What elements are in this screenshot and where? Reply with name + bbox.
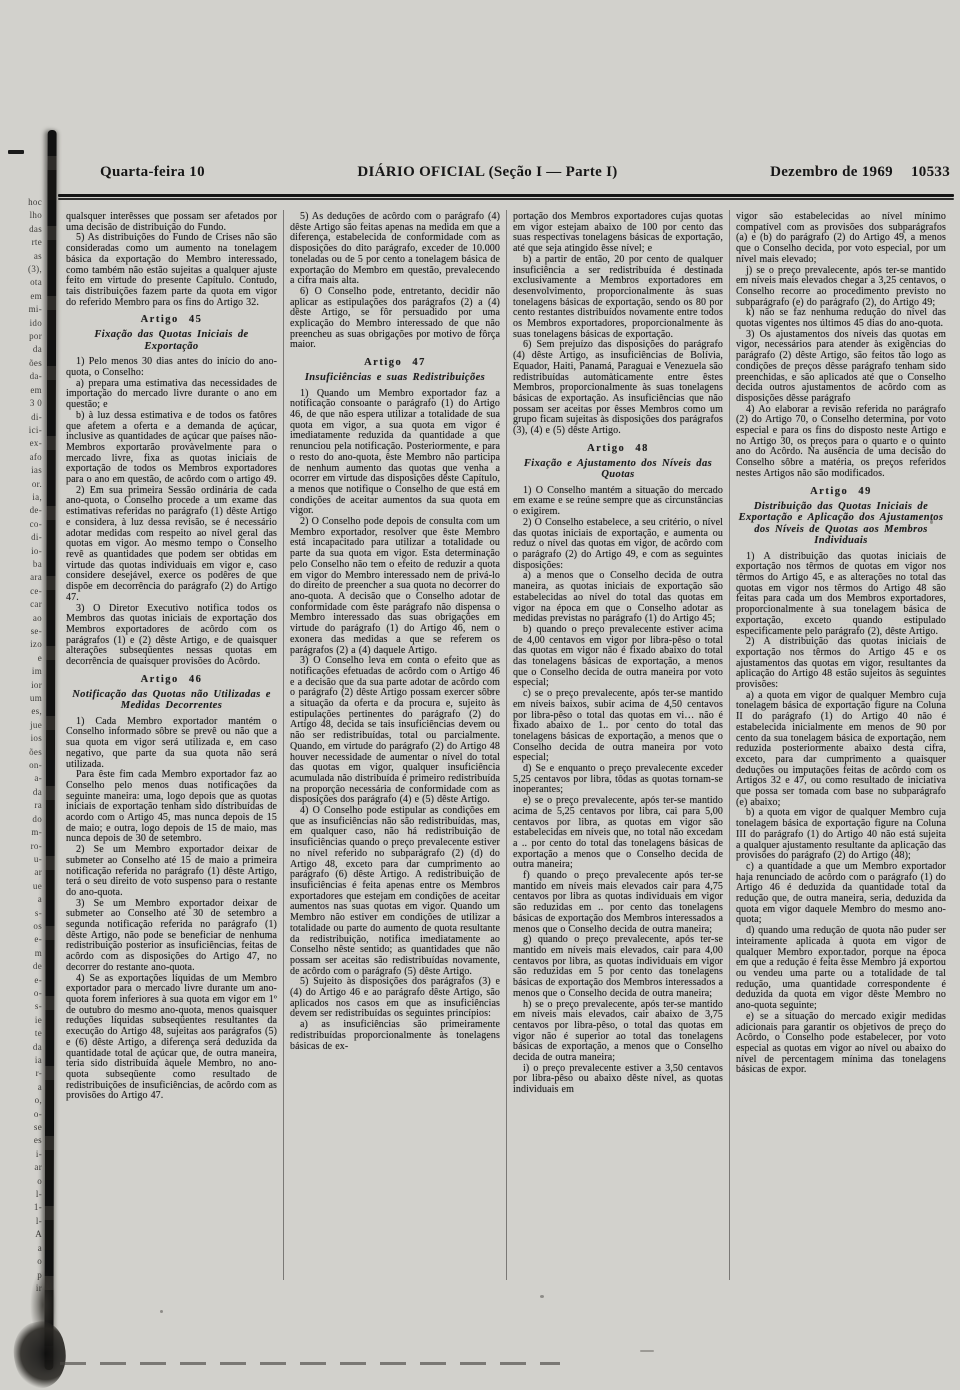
- margin-fragment: 1-: [2, 1201, 42, 1214]
- margin-fragment: ir: [2, 1282, 42, 1295]
- margin-fragment: car: [2, 598, 42, 611]
- article-subtitle: Notificação das Quotas não Utilizadas e …: [66, 689, 277, 712]
- margin-fragment: ia,: [2, 491, 42, 504]
- article-heading: Artigo 46: [66, 674, 277, 685]
- header-rule-bottom: [58, 198, 954, 200]
- margin-fragment: ba: [2, 558, 42, 571]
- paragraph: 1) Cada Membro exportador mantém o Conse…: [66, 717, 277, 771]
- paragraph: 4) Se as exportações líquidas de um Memb…: [66, 974, 277, 1102]
- paper-speck: [160, 1310, 163, 1313]
- article-columns: qualsquer interêsses que possam ser afet…: [60, 210, 952, 1280]
- margin-fragment: e-: [2, 974, 42, 987]
- margin-fragment: l-: [2, 1188, 42, 1201]
- paragraph: a) as insuficiências são primeiramente r…: [290, 1020, 500, 1052]
- margin-fragment: ões: [2, 746, 42, 759]
- margin-fragment: (3),: [2, 263, 42, 276]
- margin-fragment: e: [2, 652, 42, 665]
- margin-fragment: es,: [2, 705, 42, 718]
- margin-fragment: lho: [2, 209, 42, 222]
- margin-fragment: os: [2, 920, 42, 933]
- margin-fragment: um: [2, 692, 42, 705]
- article-heading: Artigo 45: [66, 314, 277, 325]
- margin-fragment: ior: [2, 679, 42, 692]
- article-subtitle: Fixação das Quotas Iniciais de Exportaçã…: [66, 329, 277, 352]
- paragraph: 1) O Conselho mantém a situação do merca…: [513, 486, 723, 518]
- margin-fragment: a-: [2, 772, 42, 785]
- paragraph: 3) Se um Membro exportador deixar de sub…: [66, 899, 277, 974]
- paragraph: 4) Ao elaborar a revisão referida no par…: [736, 405, 946, 480]
- margin-fragment: da: [2, 1041, 42, 1054]
- paragraph: d) Se e enquanto o preço prevalecente ex…: [513, 764, 723, 796]
- article-subtitle: Fixação e Ajustamento dos Níveis das Quo…: [513, 458, 723, 481]
- margin-fragment: da: [2, 786, 42, 799]
- margin-fragment: hoc: [2, 196, 42, 209]
- margin-fragment: ões: [2, 357, 42, 370]
- margin-fragment: das: [2, 223, 42, 236]
- margin-fragment: ias: [2, 464, 42, 477]
- column-2: 5) As deduções de acôrdo com o parágrafo…: [283, 210, 506, 1280]
- margin-fragment: o,: [2, 1094, 42, 1107]
- paragraph: 5) As distribuições do Fundo de Crises n…: [66, 233, 277, 308]
- margin-fragment: ido: [2, 317, 42, 330]
- page-title-group: DIÁRIO OFICIAL (Seção I — Parte I): [357, 164, 617, 181]
- margin-fragment: s-: [2, 907, 42, 920]
- page-header: Quarta-feira 10 DIÁRIO OFICIAL (Seção I …: [60, 164, 952, 190]
- paragraph: d) quando uma redução de quota não puder…: [736, 926, 946, 1012]
- paper-speck: [640, 1350, 654, 1352]
- margin-fragment: di-: [2, 531, 42, 544]
- paragraph: 4) O Conselho pode estipular as condiçõe…: [290, 806, 500, 977]
- article-subtitle: Insuficiências e suas Redistribuições: [290, 372, 500, 384]
- margin-fragment: izo: [2, 638, 42, 651]
- margin-fragment: e-: [2, 933, 42, 946]
- paragraph: j) se o preço prevalecente, após ter-se …: [736, 266, 946, 309]
- margin-fragment: i-: [2, 1148, 42, 1161]
- article-heading: Artigo 47: [290, 357, 500, 368]
- article-heading: Artigo 49: [736, 486, 946, 497]
- margin-fragment: m: [2, 947, 42, 960]
- paragraph: 6) O Conselho pode, entretanto, decidir …: [290, 287, 500, 351]
- header-page-number: 10533: [911, 164, 950, 180]
- margin-fragments: hoclhodasrteas(3),otaemmi-idopordaõesda-…: [2, 196, 42, 1295]
- scanned-gazette-page: hoclhodasrteas(3),otaemmi-idopordaõesda-…: [0, 0, 960, 1390]
- paragraph: vigor são estabelecidas ao nível mínimo …: [736, 212, 946, 266]
- margin-fragment: r-: [2, 1067, 42, 1080]
- header-date-group: Dezembro de 1969 10533: [770, 164, 952, 181]
- paragraph: 2) O Conselho estabelece, a seu critério…: [513, 518, 723, 572]
- paragraph: 2) Se um Membro exportador deixar de sub…: [66, 845, 277, 899]
- margin-fragment: jue: [2, 719, 42, 732]
- margin-fragment: s-: [2, 1000, 42, 1013]
- margin-fragment: u-: [2, 853, 42, 866]
- margin-fragment: ue: [2, 880, 42, 893]
- paragraph: i) o preço prevalecente estiver a 3,50 c…: [513, 1064, 723, 1096]
- margin-fragment: em: [2, 384, 42, 397]
- paragraph: b) a partir de então, 20 por cento de qu…: [513, 255, 723, 341]
- paragraph: 6) Sem prejuízo das disposições do parág…: [513, 340, 723, 436]
- margin-fragment: o-: [2, 1108, 42, 1121]
- margin-fragment: as: [2, 250, 42, 263]
- paragraph: b) quando o preço prevalecente estiver a…: [513, 625, 723, 689]
- margin-fragment: ce-: [2, 585, 42, 598]
- margin-fragment: ici-: [2, 424, 42, 437]
- header-date: Dezembro de 1969: [770, 164, 893, 180]
- margin-fragment: da-: [2, 370, 42, 383]
- paragraph: f) quando o preço prevalecente após ter-…: [513, 871, 723, 935]
- margin-fragment: io-: [2, 545, 42, 558]
- paragraph: 5) Sujeito às disposições dos parágrafos…: [290, 977, 500, 1020]
- margin-fragment: ex-: [2, 437, 42, 450]
- paragraph: 3) O Diretor Executivo notifica todos os…: [66, 604, 277, 668]
- margin-fragment: l-: [2, 1215, 42, 1228]
- margin-fragment: ia: [2, 1054, 42, 1067]
- margin-fragment: es: [2, 1134, 42, 1147]
- margin-fragment: da: [2, 343, 42, 356]
- margin-fragment: ra: [2, 799, 42, 812]
- column-1: qualsquer interêsses que possam ser afet…: [60, 210, 283, 1280]
- margin-fragment: ie: [2, 1014, 42, 1027]
- paragraph: b) a quota em vigor de qualquer Membro c…: [736, 808, 946, 862]
- margin-fragment: de-: [2, 504, 42, 517]
- margin-fragment: te: [2, 1027, 42, 1040]
- paper-speck: [490, 690, 493, 693]
- margin-fragment: a: [2, 893, 42, 906]
- margin-fragment: rte: [2, 236, 42, 249]
- margin-fragment: ara: [2, 571, 42, 584]
- page-title: DIÁRIO OFICIAL: [357, 164, 484, 180]
- paragraph: 5) As deduções de acôrdo com o parágrafo…: [290, 212, 500, 287]
- margin-fragment: ota: [2, 276, 42, 289]
- paragraph: a) a quota em vigor de qualquer Membro c…: [736, 691, 946, 809]
- margin-fragment: se-: [2, 625, 42, 638]
- paragraph: Para êste fim cada Membro exportador faz…: [66, 770, 277, 845]
- paragraph: c) se o preço prevalecente, após ter-se …: [513, 689, 723, 764]
- paragraph: 2) Em sua primeira Sessão ordinária de c…: [66, 486, 277, 604]
- margin-fragment: a: [2, 1081, 42, 1094]
- margin-fragment: mi-: [2, 303, 42, 316]
- header-section: (Seção I — Parte I): [489, 164, 618, 180]
- margin-fragment: do: [2, 813, 42, 826]
- margin-fragment: afo: [2, 451, 42, 464]
- margin-fragment: ro-: [2, 840, 42, 853]
- margin-fragment: ar: [2, 866, 42, 879]
- paragraph: portação dos Membros exportadores cujas …: [513, 212, 723, 255]
- paragraph: qualsquer interêsses que possam ser afet…: [66, 212, 277, 233]
- margin-fragment: ar: [2, 1161, 42, 1174]
- margin-fragment: a: [2, 1242, 42, 1255]
- article-subtitle: Distribuição das Quotas Iniciais de Expo…: [736, 501, 946, 547]
- paper-speck: [930, 520, 933, 524]
- margin-fragment: co-: [2, 518, 42, 531]
- margin-fragment: por: [2, 330, 42, 343]
- paragraph: a) a menos que o Conselho decida de outr…: [513, 571, 723, 625]
- margin-fragment: on-: [2, 759, 42, 772]
- margin-fragment: A: [2, 1228, 42, 1241]
- margin-fragment: se: [2, 1121, 42, 1134]
- column-4: vigor são estabelecidas ao nível mínimo …: [729, 210, 952, 1280]
- paragraph: c) a quantidade a que um Membro exportad…: [736, 862, 946, 926]
- margin-fragment: 3 0: [2, 397, 42, 410]
- ink-smudge: [8, 1317, 73, 1390]
- header-rule-top: [58, 194, 954, 197]
- margin-fragment: m-: [2, 826, 42, 839]
- margin-fragment: im: [2, 665, 42, 678]
- paragraph: g) quando o preço prevalecente, após ter…: [513, 935, 723, 999]
- footer-mark: [60, 1362, 560, 1365]
- header-rule: [58, 194, 954, 200]
- margin-fragment: di-: [2, 411, 42, 424]
- paragraph: k) não se faz nenhuma redução do nível d…: [736, 308, 946, 329]
- paper-speck: [540, 1295, 544, 1298]
- paragraph: e) se o preço prevalecente, após ter-se …: [513, 796, 723, 871]
- header-weekday: Quarta-feira 10: [60, 164, 205, 181]
- paragraph: h) se o preço prevalecente, após ter-se …: [513, 1000, 723, 1064]
- paragraph: b) à luz dessa estimativa e de todos os …: [66, 411, 277, 486]
- paragraph: a) prepara uma estimativa das necessidad…: [66, 379, 277, 411]
- paragraph: 3) Os ajustamentos dos níveis das quotas…: [736, 330, 946, 405]
- page-binding-shadow: [44, 130, 56, 1370]
- paragraph: 1) Pelo menos 30 dias antes do início do…: [66, 357, 277, 378]
- margin-fragment: p: [2, 1269, 42, 1282]
- paragraph: 2) A distribuição das quotas iniciais de…: [736, 637, 946, 691]
- margin-fragment: ao: [2, 612, 42, 625]
- margin-fragment: ios: [2, 732, 42, 745]
- margin-fragment: de: [2, 960, 42, 973]
- margin-fragment: o: [2, 1255, 42, 1268]
- paragraph: 2) O Conselho pode depois de consulta co…: [290, 517, 500, 656]
- margin-fragment: or.: [2, 478, 42, 491]
- margin-fragment: em: [2, 290, 42, 303]
- ink-mark: [8, 150, 24, 154]
- paragraph: 1) A distribuição das quotas iniciais de…: [736, 552, 946, 638]
- margin-fragment: o-: [2, 987, 42, 1000]
- paragraph: e) se a situação do mercado exigir medid…: [736, 1012, 946, 1076]
- article-heading: Artigo 48: [513, 443, 723, 454]
- column-3: portação dos Membros exportadores cujas …: [506, 210, 729, 1280]
- paragraph: 1) Quando um Membro exportador faz a not…: [290, 389, 500, 517]
- paragraph: 3) O Conselho leva em conta o efeito que…: [290, 656, 500, 806]
- margin-fragment: o: [2, 1175, 42, 1188]
